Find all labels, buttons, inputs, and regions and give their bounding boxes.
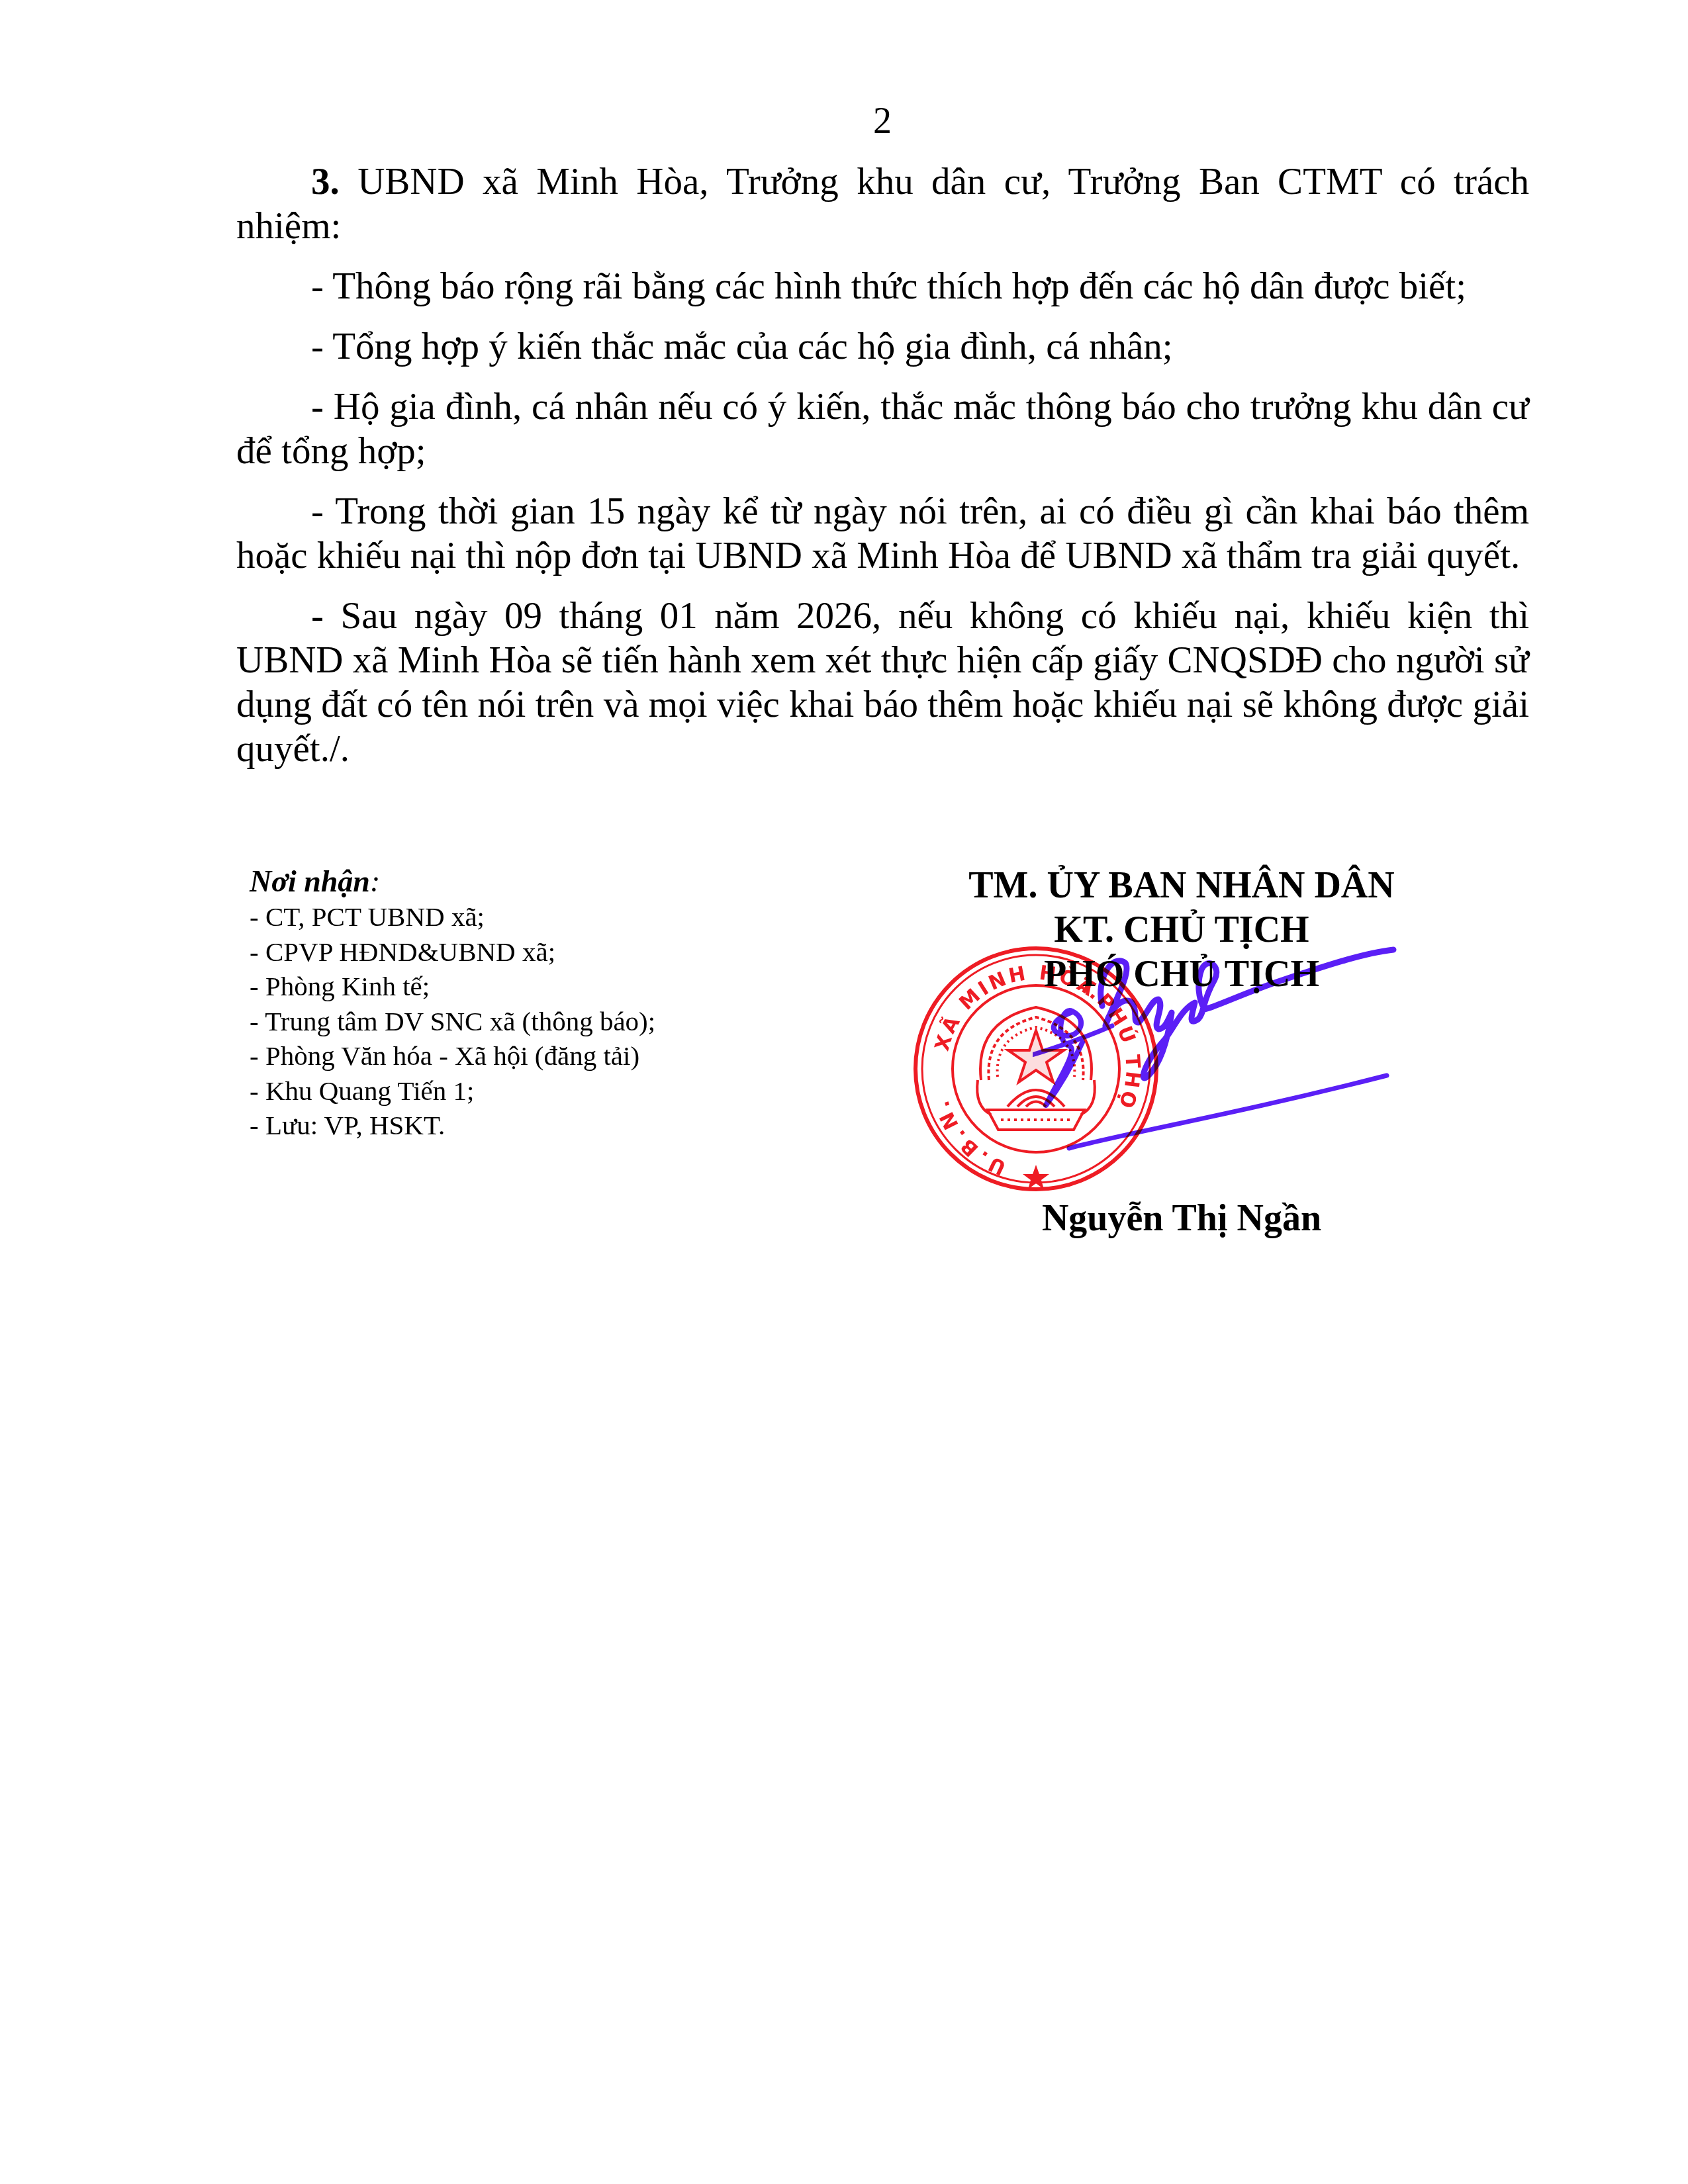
paragraph-collect-opinions: - Tổng hợp ý kiến thắc mắc của các hộ gi… — [236, 324, 1529, 369]
paragraph-notify: - Thông báo rộng rãi bằng các hình thức … — [236, 264, 1529, 308]
recipients-title: Nơi nhận: — [250, 864, 845, 899]
signer-name: Nguyễn Thị Ngần — [917, 1197, 1446, 1241]
recipient-item: - Khu Quang Tiến 1; — [250, 1073, 845, 1109]
paragraph-households: - Hộ gia đình, cá nhân nếu có ý kiến, th… — [236, 385, 1529, 473]
recipients-title-colon: : — [370, 864, 380, 898]
recipient-item: - CPVP HĐND&UBND xã; — [250, 934, 845, 970]
paragraph-number: 3. — [311, 161, 340, 203]
recipients-section: Nơi nhận: - CT, PCT UBND xã; - CPVP HĐND… — [250, 864, 845, 1143]
recipients-list: - CT, PCT UBND xã; - CPVP HĐND&UBND xã; … — [250, 899, 845, 1143]
paragraph-after-date: - Sau ngày 09 tháng 01 năm 2026, nếu khô… — [236, 594, 1529, 771]
signer-organization: TM. ỦY BAN NHÂN DÂN — [917, 864, 1446, 908]
recipient-item: - Trung tâm DV SNC xã (thông báo); — [250, 1004, 845, 1039]
recipient-item: - Phòng Kinh tế; — [250, 969, 845, 1004]
page-number: 2 — [816, 99, 949, 144]
handwritten-signature-icon — [1033, 927, 1403, 1165]
paragraph-text: UBND xã Minh Hòa, Trưởng khu dân cư, Trư… — [236, 161, 1529, 247]
recipient-item: - Lưu: VP, HSKT. — [250, 1108, 845, 1143]
document-page: 2 3. UBND xã Minh Hòa, Trưởng khu dân cư… — [0, 0, 1688, 2184]
recipient-item: - Phòng Văn hóa - Xã hội (đăng tải) — [250, 1038, 845, 1073]
stamp-star-icon — [1023, 1165, 1049, 1189]
paragraph-responsibilities: 3. UBND xã Minh Hòa, Trưởng khu dân cư, … — [236, 159, 1529, 248]
document-body: 3. UBND xã Minh Hòa, Trưởng khu dân cư, … — [236, 159, 1529, 787]
paragraph-deadline: - Trong thời gian 15 ngày kể từ ngày nói… — [236, 489, 1529, 578]
recipient-item: - CT, PCT UBND xã; — [250, 899, 845, 934]
recipients-title-text: Nơi nhận — [250, 864, 370, 898]
